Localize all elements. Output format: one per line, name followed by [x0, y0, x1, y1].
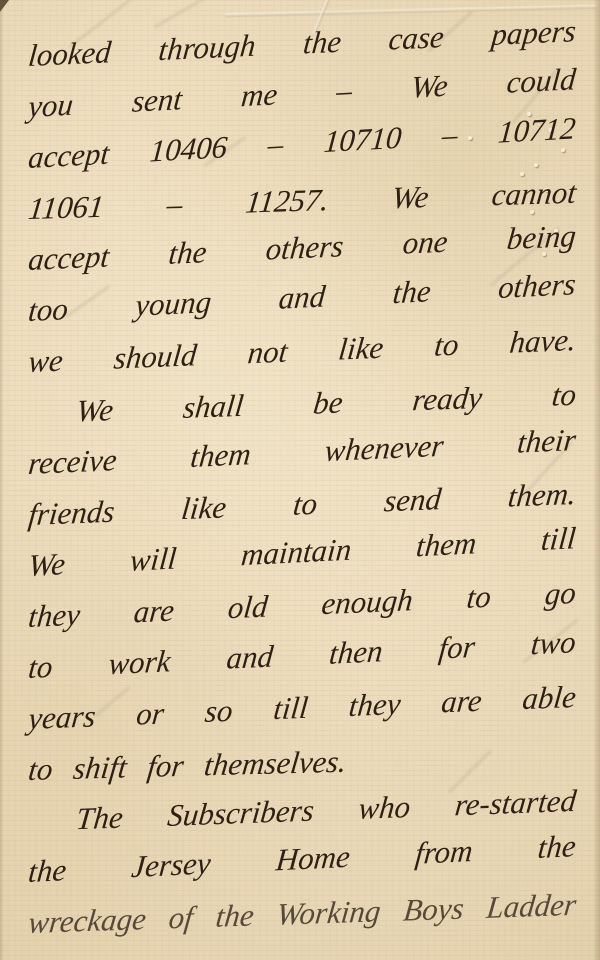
letter-body: looked through the case papers you sent … — [28, 30, 576, 948]
letter-page: looked through the case papers you sent … — [0, 0, 600, 960]
paper-edge-left — [0, 0, 4, 960]
paper-edge-right — [593, 0, 600, 960]
